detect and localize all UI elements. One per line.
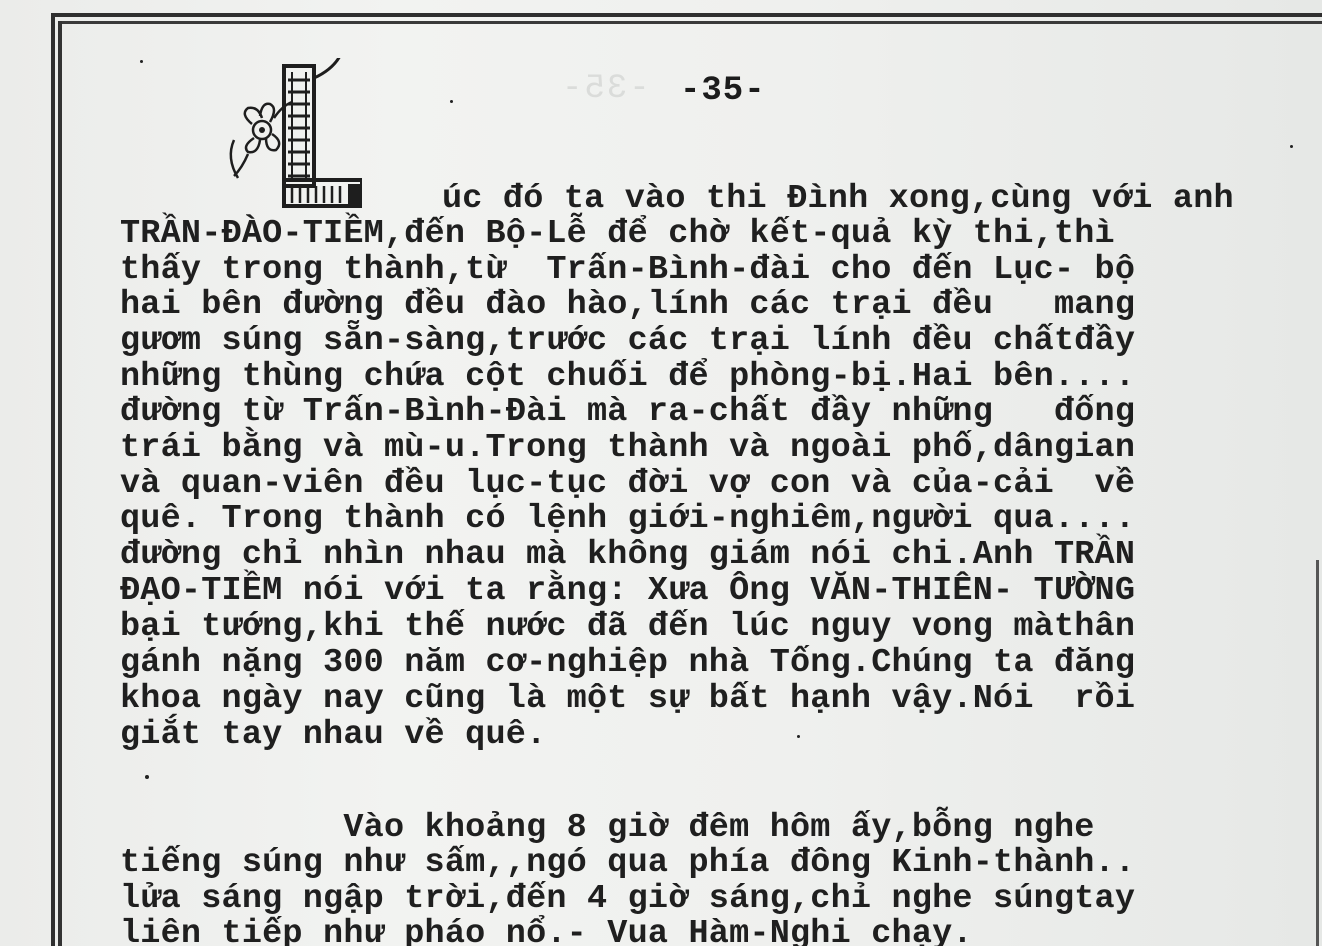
text-line: khoa ngày nay cũng là một sự bất hạnh vậ… bbox=[120, 683, 1135, 717]
scan-speck bbox=[1290, 145, 1293, 148]
text-line: và quan-viên đều lục-tục đời vợ con và c… bbox=[120, 468, 1135, 502]
scan-speck bbox=[797, 735, 800, 738]
text-line: gươm súng sẵn-sàng,trước các trại lính đ… bbox=[120, 325, 1135, 359]
text-line: đường từ Trấn-Bình-Đài mà ra-chất đầy nh… bbox=[120, 396, 1135, 430]
bleed-through-page-number: -35- bbox=[560, 70, 650, 108]
text-line: gánh nặng 300 năm cơ-nghiệp nhà Tống.Chú… bbox=[120, 647, 1135, 681]
scan-speck bbox=[450, 100, 453, 103]
frame-border-top-inner bbox=[58, 21, 1322, 24]
text-line: hai bên đường đều đào hào,lính các trại … bbox=[120, 289, 1135, 323]
text-line: giắt tay nhau về quê. bbox=[120, 719, 546, 753]
text-line: TRẦN-ĐÀO-TIỀM,đến Bộ-Lễ để chờ kết-quả k… bbox=[120, 218, 1115, 252]
page-number: -35- bbox=[680, 72, 766, 110]
scan-speck bbox=[140, 60, 143, 63]
text-line: bại tướng,khi thế nước đã đến lúc nguy v… bbox=[120, 611, 1135, 645]
text-line: lửa sáng ngập trời,đến 4 giờ sáng,chỉ ng… bbox=[120, 883, 1135, 917]
text-line: liên tiếp như pháo nổ.- Vua Hàm-Nghi chạ… bbox=[120, 918, 973, 946]
text-line: úc đó ta vào thi Đình xong,cùng với anh bbox=[442, 183, 1234, 217]
frame-border-left-inner bbox=[58, 21, 62, 946]
text-line: thấy trong thành,từ Trấn-Bình-đài cho đế… bbox=[120, 254, 1135, 288]
text-line: Vào khoảng 8 giờ đêm hôm ấy,bỗng nghe bbox=[120, 812, 1095, 846]
text-line: đường chỉ nhìn nhau mà không giám nói ch… bbox=[120, 539, 1135, 573]
frame-border-right bbox=[1316, 560, 1319, 946]
text-line: tiếng súng như sấm,,ngó qua phía đông Ki… bbox=[120, 847, 1135, 881]
ornamental-dropcap-l-icon: L bbox=[212, 58, 362, 208]
text-line: quê. Trong thành có lệnh giới-nghiêm,ngư… bbox=[120, 503, 1135, 537]
text-line: ĐẠO-TIỀM nói với ta rằng: Xưa Ông VĂN-TH… bbox=[120, 575, 1135, 609]
scan-speck bbox=[145, 775, 149, 779]
text-line: những thùng chứa cột chuối để phòng-bị.H… bbox=[120, 361, 1135, 395]
frame-border-top bbox=[52, 13, 1322, 17]
frame-border-left bbox=[51, 13, 55, 946]
text-line: trái bằng và mù-u.Trong thành và ngoài p… bbox=[120, 432, 1135, 466]
